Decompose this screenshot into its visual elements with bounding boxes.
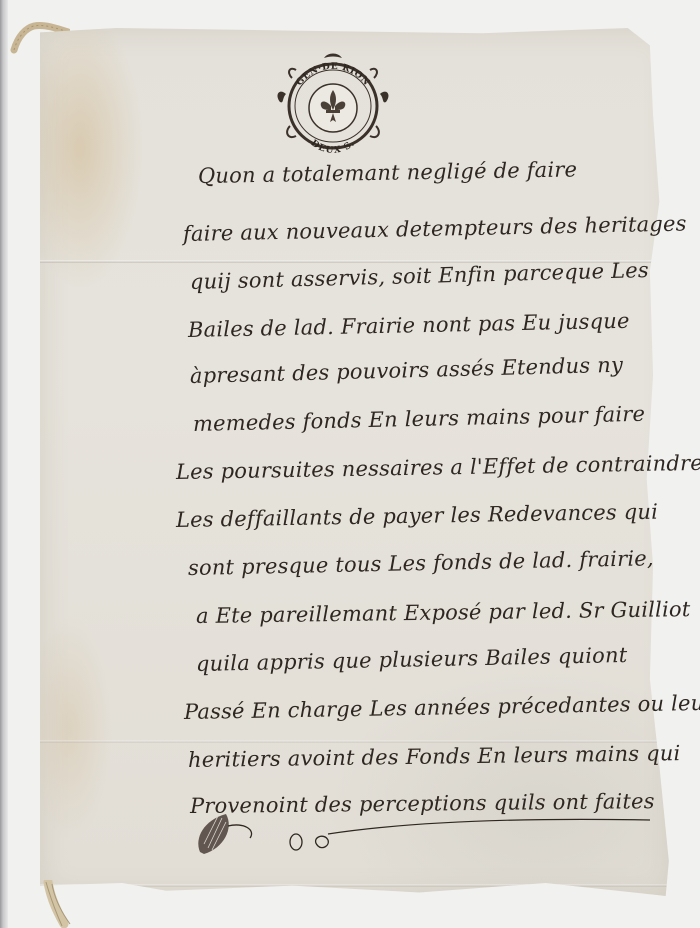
- stamp-seal-icon: GEN·DE RION DEUX S.: [272, 50, 394, 162]
- stamp-bottom-text: DEUX S.: [309, 138, 358, 156]
- fold-crease: [40, 884, 672, 887]
- closing-paraph-icon: [180, 808, 680, 868]
- svg-text:DEUX S.: DEUX S.: [309, 138, 358, 156]
- fold-crease: [40, 740, 672, 743]
- binding-string-bottom: [40, 880, 80, 928]
- scan-edge-shadow: [0, 0, 8, 928]
- tax-stamp: GEN·DE RION DEUX S.: [272, 50, 394, 162]
- fold-crease: [40, 260, 672, 263]
